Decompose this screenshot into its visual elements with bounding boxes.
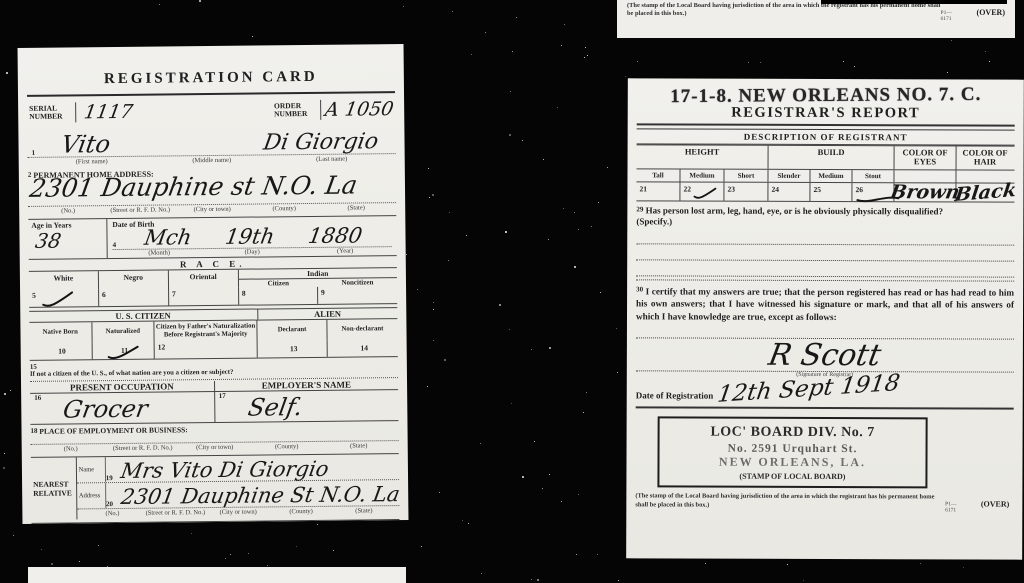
race-indian-noncitizen-number: 9 — [321, 288, 325, 297]
age-cell: Age in Years 38 — [28, 219, 107, 259]
answer-line — [636, 228, 1014, 245]
dob-values: 4 Mch 19th 1880 — [112, 226, 391, 250]
relative-name-label: Name — [76, 457, 105, 482]
race-box-8: 8 — [239, 287, 318, 305]
tall-number: 21 — [639, 184, 647, 193]
occupation-title: PRESENT OCCUPATION — [30, 381, 215, 393]
address-no-label: (No.) — [32, 207, 104, 215]
board-stamp-line2: No. 2591 Urquhart St. — [668, 443, 918, 456]
place-state-label: (State) — [323, 442, 395, 450]
address-row: 2301 Dauphine st N.O. La — [28, 176, 396, 207]
citizen-box-13: 13 — [258, 339, 328, 357]
line-number-1: 1 — [32, 149, 36, 157]
race-white-label: White — [29, 271, 99, 290]
short-label: Short — [724, 169, 768, 181]
board-stamp-line3: NEW ORLEANS, LA. — [667, 455, 917, 471]
citizen-box-10: 10 — [30, 342, 93, 360]
father-naturalization-label: Citizen by Father's Naturalization Befor… — [154, 321, 257, 342]
build-medium-label: Medium — [810, 170, 852, 182]
line-number-20: 20 — [106, 500, 113, 508]
double-dotted-rule — [636, 275, 1014, 281]
question-29-specify: (Specify.) — [636, 217, 672, 227]
height-title: HEIGHT — [637, 145, 769, 168]
serial-number-value: 1117 — [83, 102, 135, 122]
address-city-label: (City or town) — [176, 206, 248, 214]
race-indian-citizen-number: 8 — [242, 289, 246, 298]
date-of-registration-value: 12th Sept 1918 — [716, 372, 901, 407]
non-declarant-label: Non-declarant — [327, 319, 397, 339]
relative-no-label: (No.) — [81, 509, 144, 517]
dob-year-label: (Year) — [299, 247, 392, 255]
race-white-number: 5 — [32, 291, 36, 300]
short-number: 23 — [727, 184, 735, 193]
line15-question: If not a citizen of the U. S., of what n… — [30, 368, 234, 377]
nearest-relative-block: NEAREST RELATIVE Name 19 Mrs Vito Di Gio… — [31, 453, 400, 520]
board-stamp-header: 17-1-8. NEW ORLEANS NO. 7. C. — [637, 84, 1015, 109]
stout-label: Stout — [852, 170, 894, 182]
place-city-label: (City or town) — [179, 443, 251, 451]
citizen-number-row: 10 11 12 13 14 — [30, 339, 398, 360]
fragment-print-code: P1—6171 — [941, 10, 963, 22]
hair-title: COLOR OF HAIR — [957, 146, 1014, 169]
relative-address-value: 2301 Dauphine St N.O. La — [119, 484, 401, 508]
address-county-label: (County) — [248, 205, 320, 213]
place-no-label: (No.) — [35, 445, 107, 453]
print-code: P1—6171 — [945, 502, 967, 514]
description-table: HEIGHT BUILD COLOR OF EYES COLOR OF HAIR… — [636, 144, 1014, 202]
line-number-19: 19 — [106, 474, 113, 482]
race-negro-number: 6 — [102, 290, 106, 299]
height-medium-label: Medium — [680, 169, 724, 181]
line-number-29: 29 — [636, 205, 643, 213]
slender-label: Slender — [768, 169, 810, 181]
checkmark-icon — [41, 291, 75, 307]
certification-text: I certify that my answers are true; that… — [636, 286, 1014, 322]
declarant-label: Declarant — [258, 320, 328, 340]
relative-county-label: (County) — [270, 507, 333, 515]
registration-card: REGISTRATION CARD SERIAL NUMBER 1117 ORD… — [18, 44, 409, 524]
place-county-label: (County) — [251, 442, 323, 450]
last-name-label: (Last name) — [272, 155, 392, 163]
native-born-number: 10 — [58, 347, 66, 356]
fragment-over-label: (OVER) — [977, 8, 1005, 17]
slender-number: 24 — [771, 184, 779, 193]
address-value: 2301 Dauphine st N.O. La — [28, 172, 359, 200]
dob-day-label: (Day) — [206, 248, 299, 256]
stamp-footnote: (The stamp of the Local Board having jur… — [635, 493, 945, 511]
line15: 15 If not a citizen of the U. S., of wha… — [30, 359, 398, 382]
over-label: (OVER) — [981, 500, 1009, 509]
height-box-23: 23 — [724, 182, 768, 200]
line-number-17: 17 — [219, 391, 226, 399]
registrars-report-card: 17-1-8. NEW ORLEANS NO. 7. C. REGISTRAR'… — [626, 78, 1024, 559]
occupation-values-row: 16 Grocer 17 Self. — [30, 390, 398, 424]
build-medium-number: 25 — [813, 185, 821, 194]
height-box-21: 21 — [636, 182, 680, 200]
citizen-box-14: 14 — [328, 339, 398, 357]
certification-30: 30 I certify that my answers are true; t… — [636, 285, 1014, 324]
nearest-relative-heading: NEAREST RELATIVE — [31, 457, 77, 519]
question-29: 29 Has person lost arm, leg, hand, eye, … — [636, 205, 1014, 230]
description-number-row: 21 22 23 24 25 26 Brown Black — [636, 181, 1014, 201]
checkmark-icon — [106, 344, 140, 359]
hair-color-value: Black — [953, 181, 1017, 205]
dob-month-value: Mch — [142, 227, 192, 249]
dob-year-value: 1880 — [306, 225, 363, 247]
occupation-value: Grocer — [61, 396, 149, 421]
race-box-5: 5 — [29, 289, 99, 307]
relative-name-label-text: Name — [79, 466, 95, 473]
eyes-color-value: Brown — [889, 183, 961, 202]
build-box-26: 26 — [852, 183, 894, 201]
naturalized-label: Naturalized — [92, 322, 155, 342]
race-box-6: 6 — [99, 288, 169, 306]
stamp-box-border-fragment — [821, 0, 1007, 4]
line18-text: PLACE OF EMPLOYMENT OR BUSINESS: — [39, 425, 187, 436]
description-title: DESCRIPTION OF REGISTRANT — [637, 129, 1015, 145]
race-oriental-number: 7 — [172, 289, 176, 298]
card-fragment-top: (The stamp of the Local Board having jur… — [617, 0, 1015, 38]
alien-title: ALIEN — [258, 308, 398, 319]
employer-value: Self. — [246, 395, 304, 420]
checkmark-icon — [692, 186, 718, 199]
dob-day-value: 19th — [223, 226, 275, 248]
date-of-registration-row: Date of Registration 12th Sept 1918 — [636, 378, 1014, 402]
line-number-18: 18 — [30, 426, 37, 434]
employer-cell: 17 Self. — [215, 390, 399, 422]
dob-month-label: (Month) — [113, 249, 206, 257]
employer-title: EMPLOYER'S NAME — [215, 379, 399, 391]
declarant-number: 13 — [290, 344, 298, 353]
name-row: 1 Vito Di Giorgio — [27, 125, 395, 158]
relative-address-row: Address 20 2301 Dauphine St N.O. La — [77, 480, 400, 509]
build-box-24: 24 — [768, 182, 810, 200]
citizen-box-11: 11 — [92, 341, 155, 359]
first-name-value: Vito — [59, 132, 112, 157]
board-stamp-line1: LOC' BOARD DIV. No. 7 — [668, 425, 918, 442]
tall-label: Tall — [636, 169, 680, 181]
citizen-box-12: 12 — [155, 340, 258, 358]
race-number-row: 5 6 7 8 9 — [29, 286, 397, 307]
serial-order-row: SERIAL NUMBER 1117 ORDER NUMBER A 1050 — [27, 91, 395, 129]
local-board-stamp-box: LOC' BOARD DIV. No. 7 No. 2591 Urquhart … — [657, 417, 927, 489]
line-number-15: 15 — [30, 362, 37, 370]
fragment-footnote: (The stamp of the Local Board having jur… — [627, 2, 941, 19]
question-29-text: Has person lost arm, leg, hand, eye, or … — [646, 205, 943, 216]
relative-city-label: (City or town) — [207, 508, 270, 516]
eyes-title: COLOR OF EYES — [895, 146, 957, 169]
registrar-signature-row: R Scott — [636, 341, 1014, 373]
occupation-cell: 16 Grocer — [30, 392, 215, 424]
race-box-9: 9 — [318, 286, 397, 304]
relative-address-label: Address — [77, 483, 106, 508]
hair-box-28: Black — [956, 183, 1013, 201]
relative-address-label-text: Address — [79, 492, 100, 499]
order-number-value: A 1050 — [323, 100, 394, 120]
serial-number-label: SERIAL NUMBER — [27, 102, 76, 123]
order-number-label: ORDER NUMBER — [272, 100, 321, 121]
first-name-label: (First name) — [32, 158, 152, 166]
horizontal-rule — [636, 407, 1014, 410]
description-subheader: Tall Medium Short Slender Medium Stout — [636, 168, 1014, 182]
answer-line — [636, 244, 1014, 261]
height-medium-number: 22 — [683, 184, 691, 193]
age-value: 38 — [34, 231, 63, 251]
race-oriental-label: Oriental — [169, 270, 239, 289]
line-number-4: 4 — [113, 241, 117, 249]
last-name-value: Di Giorgio — [261, 131, 379, 154]
affirm-statement: I AFFIRM THAT I HAVE VERIFIED ABOVE ANSW… — [31, 519, 399, 524]
race-table: White Negro Oriental Indian Citizen Nonc… — [29, 267, 397, 308]
race-indian-group: Indian Citizen Noncitizen — [239, 268, 397, 288]
dob-cell: Date of Birth 4 Mch 19th 1880 (Month) (D… — [107, 216, 396, 258]
eyes-box-27: Brown — [894, 183, 956, 201]
race-box-7: 7 — [169, 288, 239, 306]
relative-state-label: (State) — [332, 507, 395, 515]
height-box-22: 22 — [680, 182, 724, 200]
non-declarant-number: 14 — [360, 344, 368, 353]
middle-name-label: (Middle name) — [152, 156, 272, 164]
age-dob-row: Age in Years 38 Date of Birth 4 Mch 19th… — [28, 215, 396, 259]
line-number-30: 30 — [636, 285, 643, 293]
line-number-16: 16 — [34, 393, 41, 401]
address-street-label: (Street or R. F. D. No.) — [104, 206, 176, 214]
board-stamp-caption: (STAMP OF LOCAL BOARD) — [667, 472, 917, 482]
place-street-label: (Street or R. F. D. No.) — [107, 444, 179, 452]
relative-street-label: (Street or R. F. D. No.) — [144, 509, 207, 517]
native-born-label: Native Born — [29, 322, 92, 342]
document-viewer-canvas: (The stamp of the Local Board having jur… — [0, 0, 1024, 583]
date-of-registration-label: Date of Registration — [636, 391, 714, 401]
description-group-header: HEIGHT BUILD COLOR OF EYES COLOR OF HAIR — [637, 145, 1015, 169]
card-fragment-bottom — [28, 567, 406, 583]
registration-card-title: REGISTRATION CARD — [27, 68, 395, 89]
address-state-label: (State) — [320, 204, 392, 212]
registrar-signature: R Scott — [766, 341, 883, 371]
race-negro-label: Negro — [99, 270, 169, 289]
relative-name-row: Name 19 Mrs Vito Di Giorgio — [76, 454, 399, 483]
build-title: BUILD — [769, 146, 895, 169]
right-card-footer: (The stamp of the Local Board having jur… — [635, 493, 1013, 514]
relative-name-value: Mrs Vito Di Giorgio — [119, 458, 330, 481]
citizen-table: U. S. CITIZEN ALIEN Native Born Naturali… — [29, 307, 397, 360]
father-naturalization-number: 12 — [158, 342, 166, 351]
build-box-25: 25 — [810, 183, 852, 201]
